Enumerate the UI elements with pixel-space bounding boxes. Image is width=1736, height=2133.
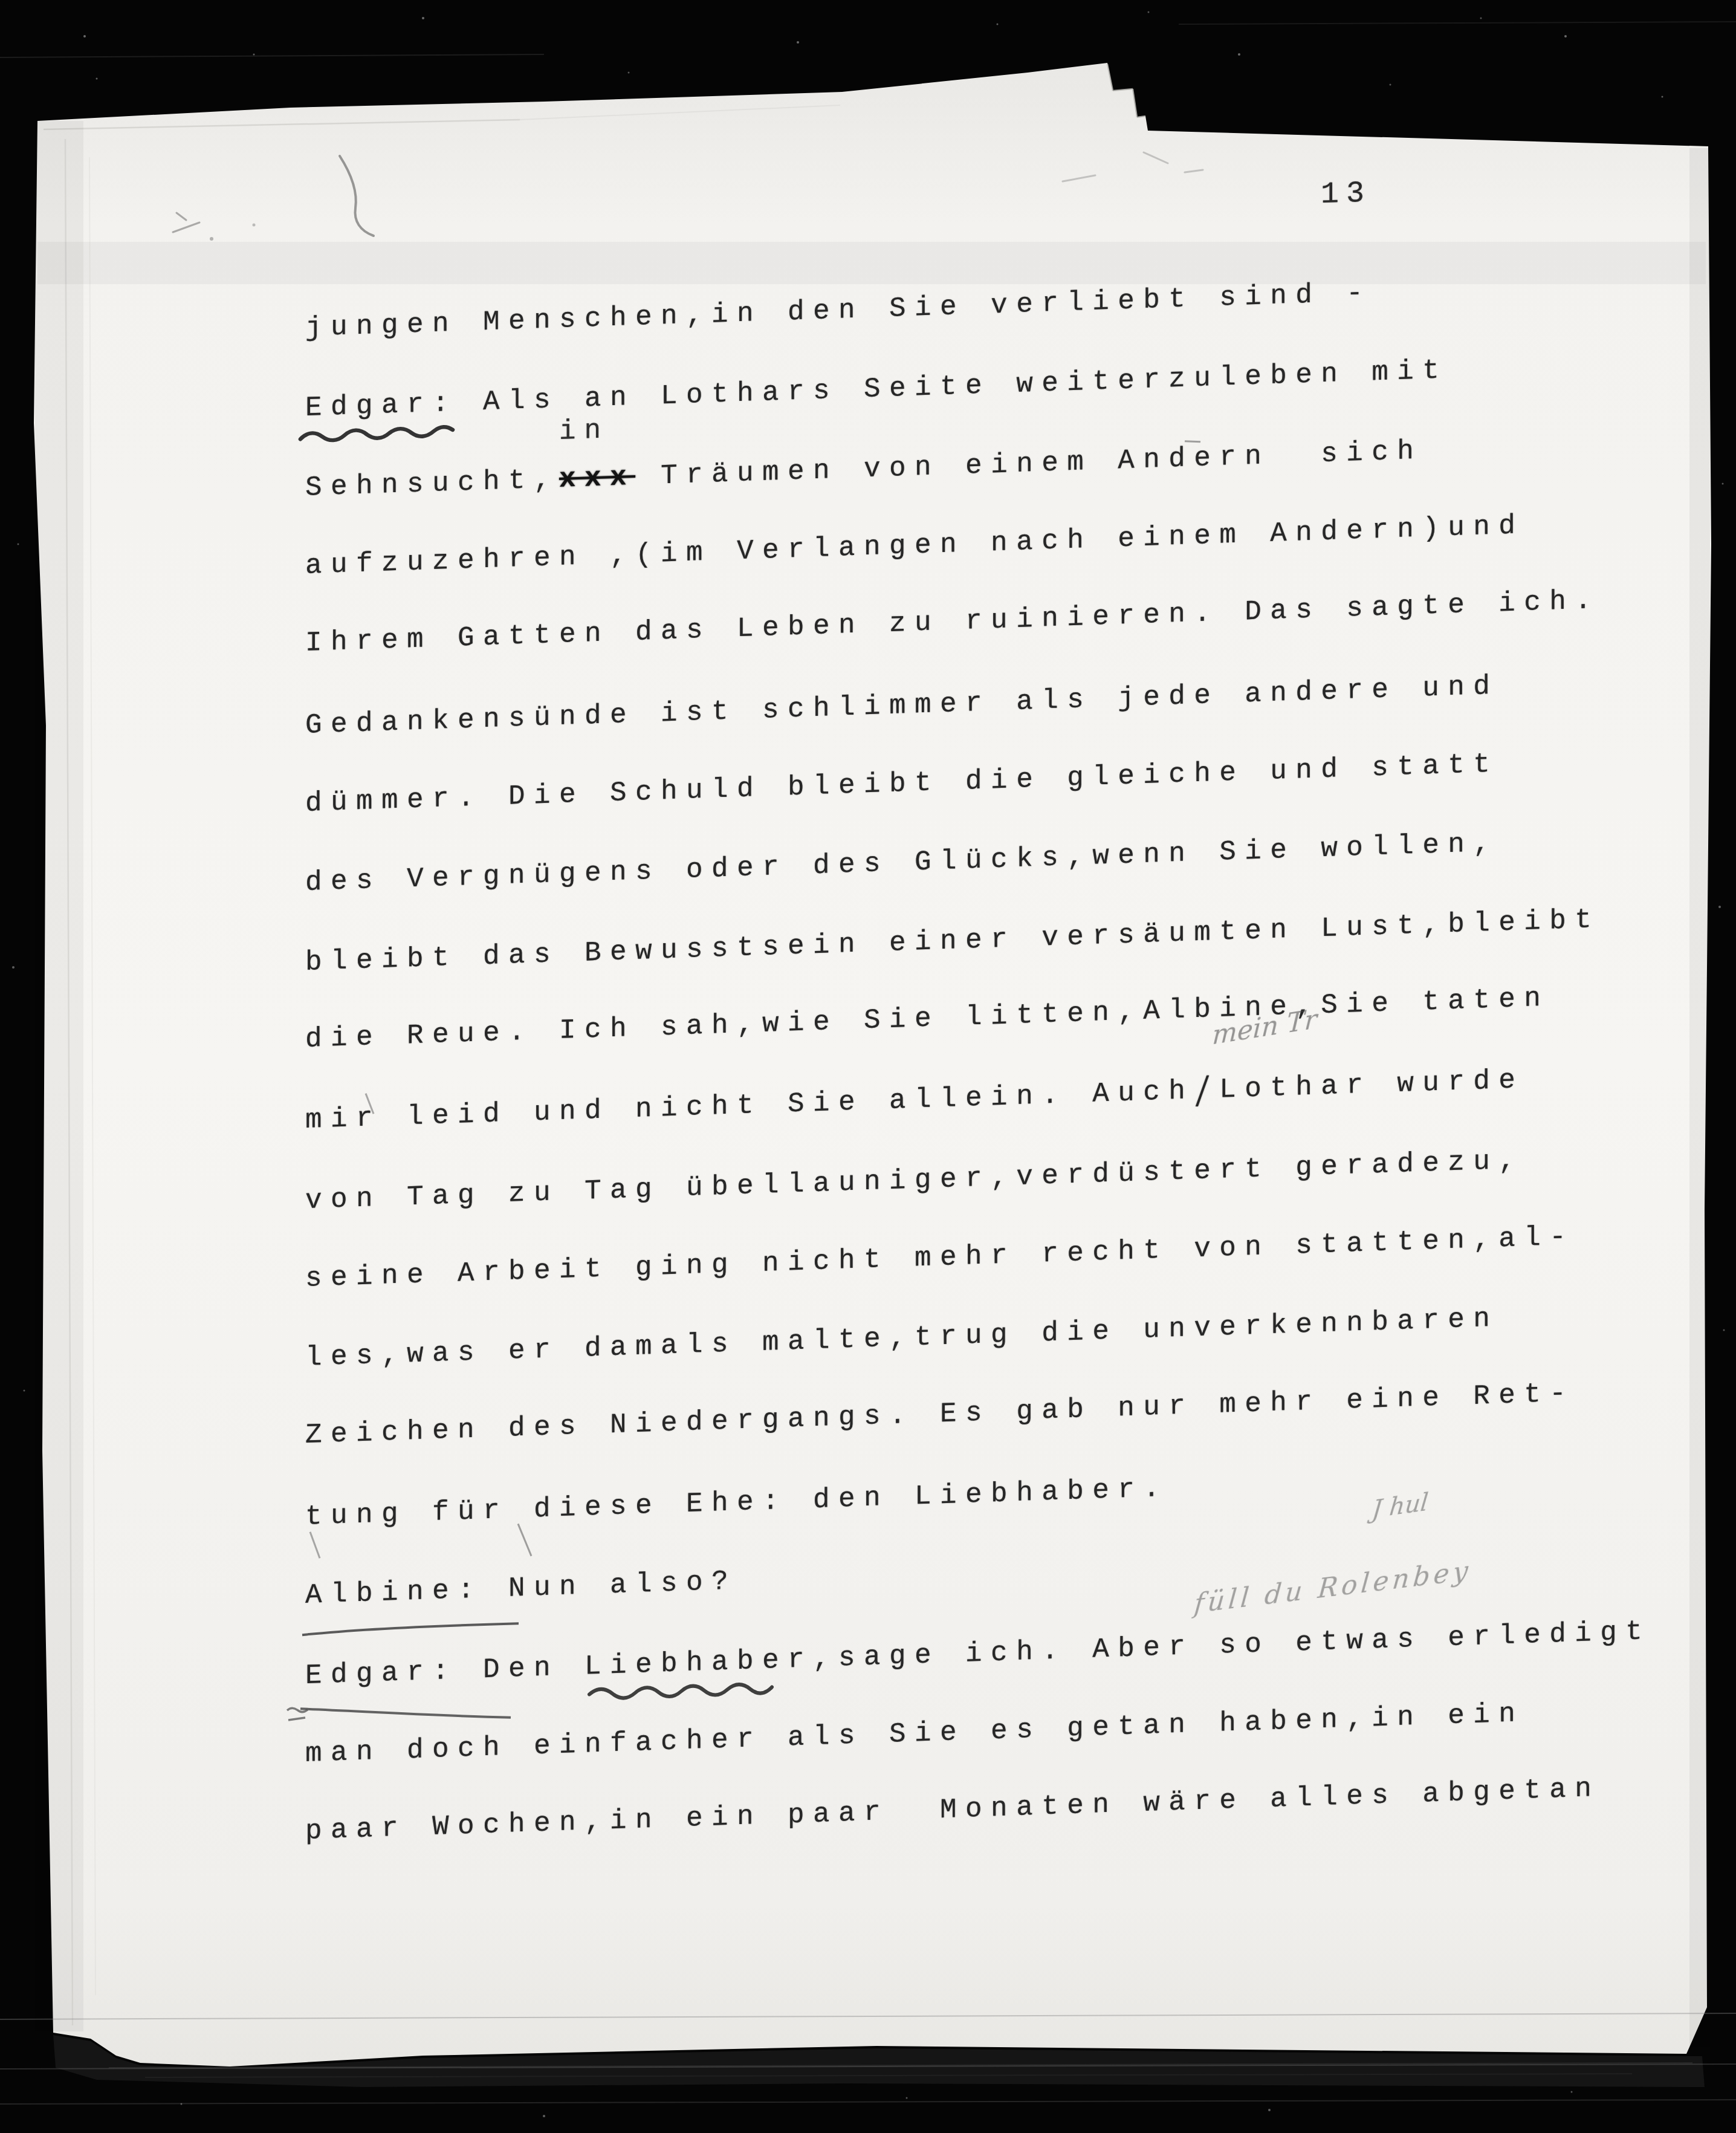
page-number: 13 bbox=[1321, 176, 1372, 212]
typescript-lines: jungen Menschen,in den Sie verliebt sind… bbox=[305, 242, 1714, 1873]
scan-artifact-line bbox=[1179, 22, 1736, 24]
typescript-segment: Sehnsucht, bbox=[305, 464, 559, 504]
paper-shading bbox=[35, 121, 83, 2031]
typescript-segment: von Tag zu Tag übellauniger,verdüstert g… bbox=[305, 1144, 1524, 1216]
typescript-segment: Edgar: Als an Lothars Seite weiterzulebe… bbox=[305, 354, 1448, 424]
typescript-segment: Gedankensünde ist schlimmer als jede and… bbox=[305, 670, 1498, 741]
typescript-segment: Träumen von einem Andern sich bbox=[635, 435, 1422, 493]
typescript-segment: tung für diese Ehe: den Liebhaber. bbox=[305, 1473, 1168, 1533]
scan-artifact-line bbox=[0, 2100, 1736, 2104]
typescript-segment: die Reue. Ich sah,wie Sie litten,Albine,… bbox=[305, 982, 1549, 1055]
typescript-block: 13 jungen Menschen,in den Sie verliebt s… bbox=[305, 242, 1714, 1921]
typescript-segment: mir leid und nicht Sie allein. Auch bbox=[305, 1075, 1194, 1136]
scan-artifact-line bbox=[0, 54, 544, 57]
typescript-segment: Lothar wurde bbox=[1219, 1064, 1524, 1106]
typescript-segment-struck: xxx bbox=[559, 461, 635, 495]
typescript-segment: des Vergnügens oder des Glücks,wenn Sie … bbox=[305, 828, 1498, 898]
typed-insertion-in: in bbox=[559, 413, 609, 449]
typescript-segment: jungen Menschen,in den Sie verliebt sind… bbox=[305, 277, 1372, 344]
typescript-segment: Albine: Nun also? bbox=[305, 1565, 737, 1611]
scanned-typescript-page: 13 jungen Menschen,in den Sie verliebt s… bbox=[0, 0, 1736, 2133]
